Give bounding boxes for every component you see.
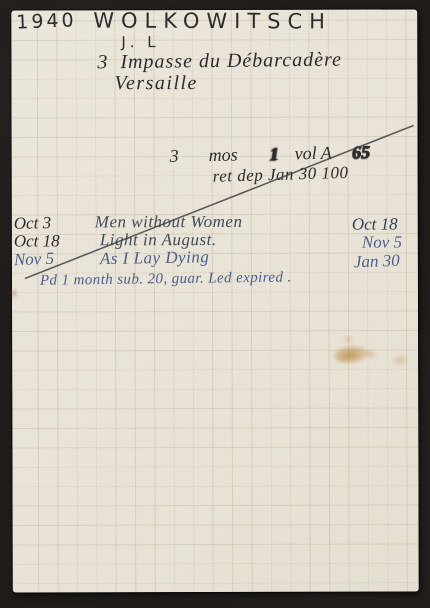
paper-stain <box>343 336 353 344</box>
library-lending-card: 1940 WOLKOWITSCH J. L 3 Impasse du Débar… <box>11 9 419 592</box>
entry-3-title: As I Lay Dying <box>100 247 210 269</box>
subscription-vol-label: vol A <box>294 143 332 165</box>
subscription-volumes: 1 <box>269 144 278 165</box>
card-year: 1940 <box>16 9 77 33</box>
entry-3-date-out: Nov 5 <box>14 249 55 270</box>
scan-background: 1940 WOLKOWITSCH J. L 3 Impasse du Débar… <box>0 0 430 608</box>
deposit-note: ret dep Jan 30 100 <box>212 163 348 187</box>
cancellation-strike-line <box>11 9 419 592</box>
member-address-street: 3 Impasse du Débarcadère <box>97 49 342 75</box>
subscription-price: 65 <box>352 142 370 163</box>
paper-speck <box>10 289 18 299</box>
member-surname: WOLKOWITSCH <box>93 8 332 33</box>
entry-2-date-returned: Nov 5 <box>362 233 402 253</box>
paper-stain <box>362 350 378 359</box>
entry-3-date-returned: Jan 30 <box>354 251 401 273</box>
paper-stain <box>392 354 408 365</box>
subscription-duration-unit: mos <box>208 145 237 167</box>
member-address-city: Versaille <box>114 72 198 95</box>
member-initials: J. L <box>121 33 159 51</box>
payment-note: Pd 1 month sub. 20, guar. Led expired . <box>40 269 292 289</box>
subscription-duration: 3 <box>169 146 178 167</box>
